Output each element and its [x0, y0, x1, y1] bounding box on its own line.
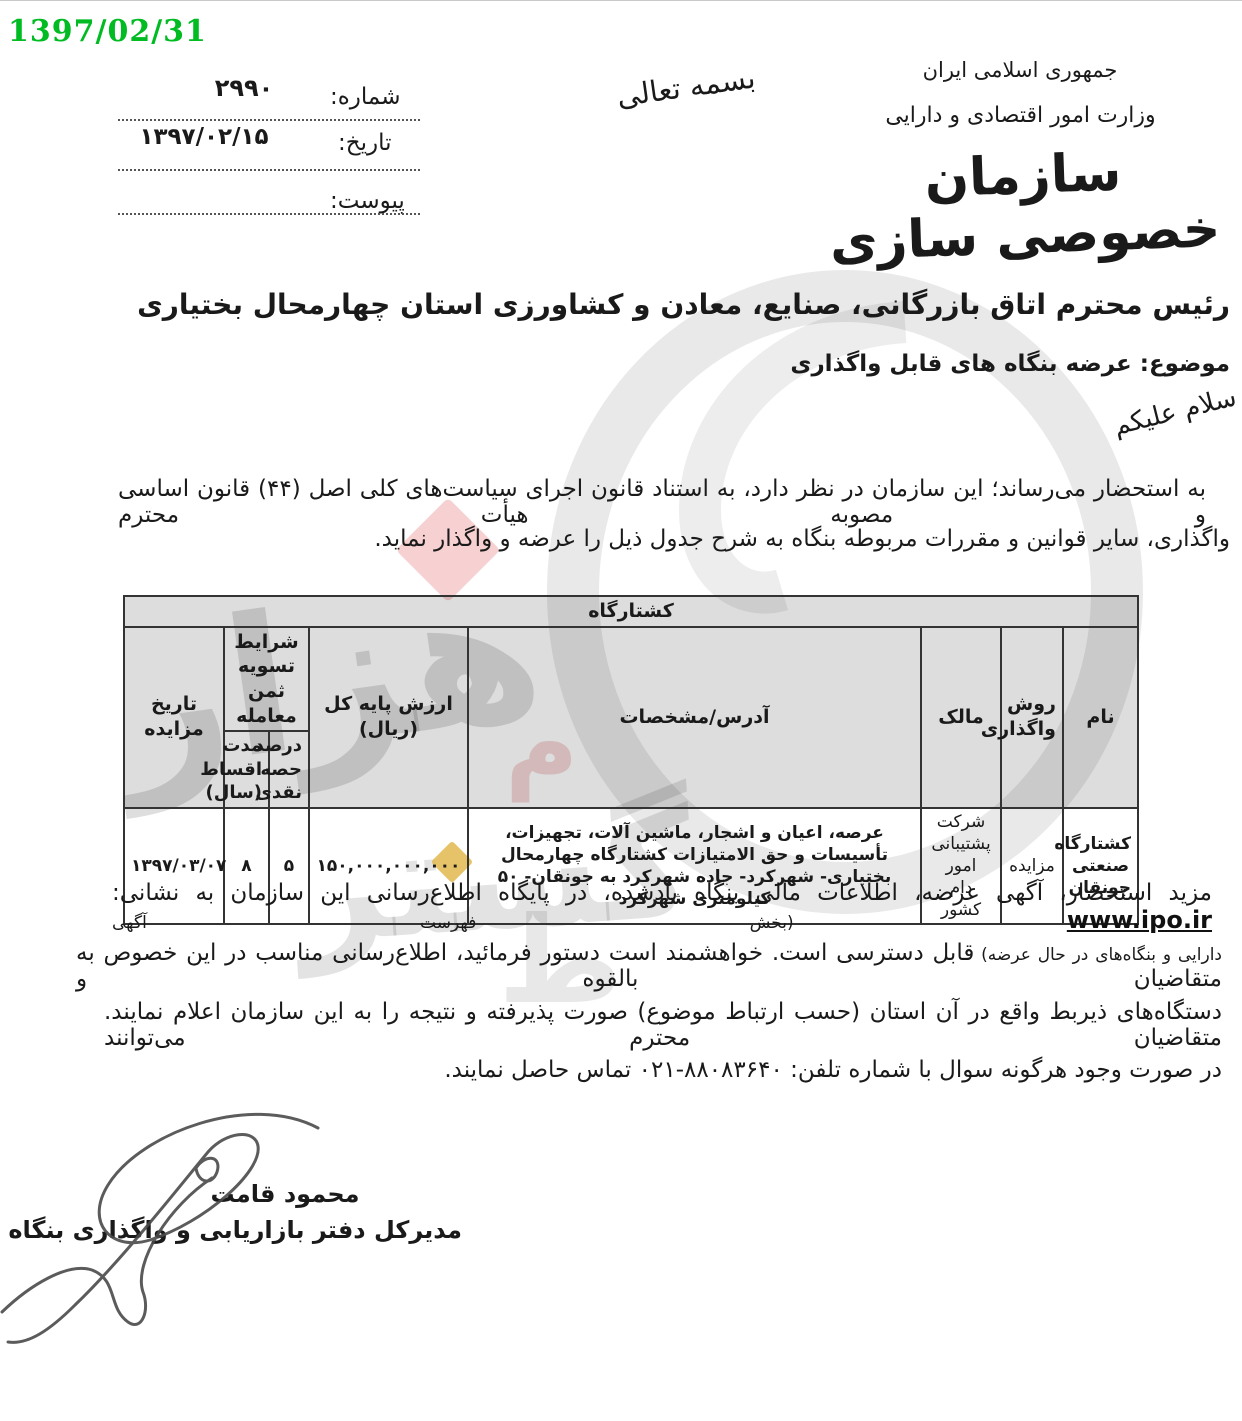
closing-line-4-tail: تماس حاصل نمایند.: [444, 1057, 638, 1083]
date-value: ۱۳۹۷/۰۲/۱۵: [126, 124, 282, 150]
scan-edge-line: [0, 0, 1242, 1]
col-header-name: نام: [1063, 627, 1138, 808]
table-title-row: کشتارگاه: [124, 596, 1138, 627]
letter-page: 1397/02/31 جمهوری اسلامی ایران وزارت امو…: [0, 0, 1242, 1421]
col-header-cash-percent: درصد حصه نقدی: [269, 731, 309, 807]
letterhead-ministry: وزارت امور اقتصادی و دارایی: [868, 103, 1173, 128]
closing-line-2: دارایی و بنگاه‌های در حال عرضه) قابل دست…: [76, 940, 1222, 992]
subject-line: موضوع: عرضه بنگاه های قابل واگذاری: [790, 351, 1230, 377]
letterhead-country: جمهوری اسلامی ایران: [900, 58, 1140, 82]
col-header-address: آدرس/مشخصات: [468, 627, 921, 808]
table-header-row-1: نام روش واگذاری مالک آدرس/مشخصات ارزش پا…: [124, 627, 1138, 732]
date-label: تاریخ:: [338, 130, 428, 156]
signer-title: مدیرکل دفتر بازاریابی و واگذاری بنگاه ها: [62, 1216, 462, 1244]
offering-table-wrap: کشتارگاه نام روش واگذاری مالک آدرس/مشخصا…: [123, 595, 1139, 925]
closing-line-1-note: (بخش فهرست آگهی: [112, 913, 1067, 933]
col-header-base-value: ارزش پایه کل (ریال): [309, 627, 468, 808]
closing-line-1-text: مزید استحضار، آگهی عرضه، اطلاعات مالی بن…: [112, 880, 1212, 906]
closing-line-3: دستگاه‌های ذیربط واقع در آن استان (حسب ا…: [104, 999, 1222, 1051]
closing-line-4: در صورت وجود هرگونه سوال با شماره تلفن: …: [444, 1057, 1222, 1083]
body-line-1: به استحضار می‌رساند؛ این سازمان در نظر د…: [118, 476, 1220, 528]
offering-table: کشتارگاه نام روش واگذاری مالک آدرس/مشخصا…: [123, 595, 1139, 925]
attachment-label: پیوست:: [330, 188, 430, 214]
body-line-2: واگذاری، سایر قوانین و مقررات مربوطه بنگ…: [374, 526, 1230, 552]
attachment-dotted-line: [118, 213, 420, 215]
letterhead-organization: سازمان خصوصی سازی: [804, 138, 1242, 273]
closing-line-1: مزید استحضار، آگهی عرضه، اطلاعات مالی بن…: [112, 880, 1222, 934]
closing-line-2-note: دارایی و بنگاه‌های در حال عرضه): [974, 945, 1222, 965]
table-title: کشتارگاه: [124, 596, 1138, 627]
recipient-line: رئیس محترم اتاق بازرگانی، صنایع، معادن و…: [137, 288, 1230, 321]
number-dotted-line: [118, 119, 420, 121]
ipo-website-link[interactable]: www.ipo.ir: [1067, 906, 1212, 934]
salutation: سلام علیکم: [1087, 382, 1240, 447]
col-header-method: روش واگذاری: [1001, 627, 1063, 808]
col-header-settlement-group: شرایط تسویه ثمن معامله: [224, 627, 309, 732]
date-dotted-line: [118, 169, 420, 171]
bismillah: بسمه تعالی: [604, 59, 767, 115]
number-label: شماره:: [330, 84, 426, 110]
signer-name: محمود قامت: [205, 1180, 365, 1208]
closing-line-4-text: در صورت وجود هرگونه سوال با شماره تلفن:: [783, 1057, 1222, 1083]
scan-date-stamp: 1397/02/31: [8, 14, 207, 49]
number-value: ۲۹۹۰: [192, 74, 296, 102]
phone-number: ۰۲۱-۸۸۰۸۳۶۴۰: [639, 1057, 783, 1083]
